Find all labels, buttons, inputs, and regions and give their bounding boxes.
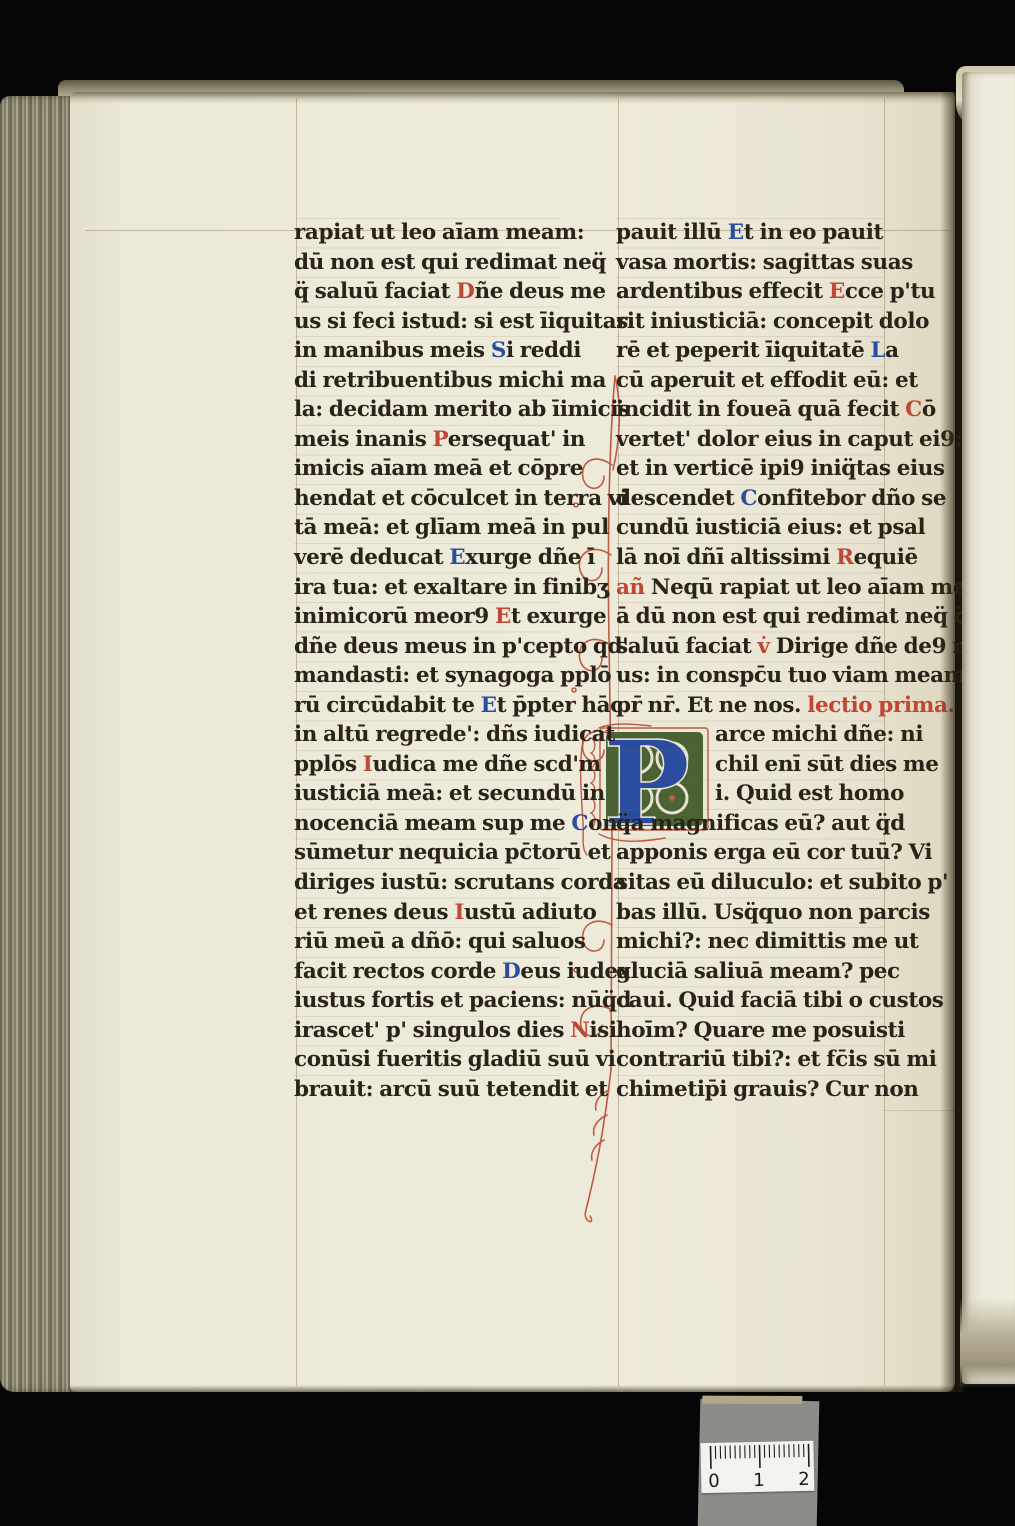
body-text: irascet' p' singulos dies bbox=[294, 1018, 570, 1043]
body-text: rit iniusticiā: concepit dolo bbox=[616, 309, 929, 334]
body-text: cce p'tu bbox=[845, 279, 935, 304]
rubricated-text: N bbox=[570, 1018, 589, 1043]
rubricated-text: P bbox=[433, 427, 448, 452]
rubricated-text: C bbox=[905, 397, 922, 422]
rubricated-text: L bbox=[870, 338, 885, 363]
text-line: chimetip̄i grauis? Cur non bbox=[616, 1075, 883, 1105]
text-line: apponis erga eū cor tuū? Vi bbox=[616, 838, 883, 868]
text-line: in manibus meis Si reddi bbox=[294, 336, 561, 366]
ruler-number-0: 0 bbox=[708, 1471, 720, 1492]
body-text: chimetip̄i grauis? Cur non bbox=[616, 1077, 919, 1102]
text-line: pplōs Iudica me dñe scd'm bbox=[294, 750, 561, 780]
body-text: meis inanis bbox=[294, 427, 433, 452]
body-text: hendat et cōculcet in terra vi bbox=[294, 486, 628, 511]
text-column-left: rapiat ut leo aīam meam:dū non est qui r… bbox=[294, 218, 561, 1104]
text-line: riū meū a dñō: qui saluos bbox=[294, 927, 561, 957]
body-text: la: decidam merito ab īimicis bbox=[294, 397, 630, 422]
text-line: dū non est qui redimat neq̈ bbox=[294, 248, 561, 278]
body-text: t in eo pauit bbox=[744, 220, 883, 245]
rubricated-text: lectio prima. bbox=[807, 693, 954, 718]
body-text: vertet' dolor eius in caput ei9: bbox=[616, 427, 962, 452]
body-text: nocenciā meam sup me bbox=[294, 811, 571, 836]
rubricated-text: S bbox=[491, 338, 506, 363]
body-text: i. Quid est homo bbox=[715, 781, 904, 806]
text-line: dñe deus meus in p'cepto qd' bbox=[294, 632, 561, 662]
text-line: pauit illū Et in eo pauit bbox=[616, 218, 883, 248]
body-text: equiē bbox=[854, 545, 918, 570]
text-line: pr̄ nr̄. Et ne nos. lectio prima. bbox=[616, 691, 883, 721]
body-text: isi bbox=[589, 1018, 616, 1043]
body-text: saluū faciat bbox=[616, 634, 758, 659]
text-line: sūmetur nequicia pc̄torū et bbox=[294, 838, 561, 868]
rubricated-text: D bbox=[456, 279, 474, 304]
text-line: sitas eū diluculo: et subito p' bbox=[616, 868, 883, 898]
body-text: chil enī sūt dies me bbox=[715, 752, 939, 777]
text-line: et renes deus Iustū adiuto bbox=[294, 898, 561, 928]
body-text: sitas eū diluculo: et subito p' bbox=[616, 870, 948, 895]
rubricated-text: C bbox=[740, 486, 757, 511]
rubricated-text: D bbox=[502, 959, 520, 984]
body-text: i reddi bbox=[506, 338, 581, 363]
body-text: ā dū non est qui redimat neq̈ q̈ bbox=[616, 604, 968, 629]
body-text: arce michi dñe: ni bbox=[715, 722, 923, 747]
body-text: ersequat' in bbox=[448, 427, 585, 452]
ruler-number-1: 1 bbox=[753, 1470, 765, 1491]
body-text: dū non est qui redimat neq̈ bbox=[294, 250, 606, 275]
text-line: i. Quid est homo bbox=[616, 779, 883, 809]
body-text: t p̄pter hāc bbox=[497, 693, 623, 718]
body-text: verē deducat bbox=[294, 545, 449, 570]
body-text: q̈a magnificas eū? aut q̈d bbox=[616, 811, 905, 836]
text-line: mandasti: et synagoga pplō bbox=[294, 661, 561, 691]
rubricated-text: añ bbox=[616, 575, 651, 600]
body-text: descendet bbox=[616, 486, 740, 511]
body-text: ardentibus effecit bbox=[616, 279, 829, 304]
text-line: rū circūdabit te Et p̄pter hāc bbox=[294, 691, 561, 721]
facing-page-bottom-edge bbox=[960, 1298, 1015, 1388]
text-line: in altū regrede': dñs iudicat bbox=[294, 720, 561, 750]
text-line: q̈a magnificas eū? aut q̈d bbox=[616, 809, 883, 839]
body-text: a bbox=[885, 338, 899, 363]
body-text: on bbox=[588, 811, 617, 836]
text-line: vasa mortis: sagittas suas bbox=[616, 248, 883, 278]
text-line: arce michi dñe: ni bbox=[616, 720, 883, 750]
body-text: lā noī dñī altissimi bbox=[616, 545, 836, 570]
text-line: contrariū tibi?: et fc̄is sū mi bbox=[616, 1045, 883, 1075]
ruler-label: 0 1 2 bbox=[700, 1441, 814, 1493]
text-line: nocenciā meam sup me Con bbox=[294, 809, 561, 839]
text-line: meis inanis Persequat' in bbox=[294, 425, 561, 455]
text-line: ira tua: et exaltare in finibʒ bbox=[294, 573, 561, 603]
body-text: tā meā: et glīam meā in pul bbox=[294, 515, 609, 540]
text-line: incidit in foueā quā fecit Cō bbox=[616, 395, 883, 425]
text-line: et in verticē ipi9 iniq̈tas eius bbox=[616, 454, 883, 484]
body-text: xurge dñe ī bbox=[465, 545, 595, 570]
text-line: ardentibus effecit Ecce p'tu bbox=[616, 277, 883, 307]
body-text: dñe deus meus in p'cepto qd' bbox=[294, 634, 628, 659]
body-text: conūsi fueritis gladiū suū vi bbox=[294, 1047, 616, 1072]
body-text: apponis erga eū cor tuū? Vi bbox=[616, 840, 932, 865]
body-text: cundū iusticiā eius: et psal bbox=[616, 515, 925, 540]
body-text: pr̄ nr̄. Et ne nos. bbox=[616, 693, 807, 718]
body-text: onfitebor dño se bbox=[757, 486, 946, 511]
body-text: t exurge bbox=[511, 604, 606, 629]
text-line: cū aperuit et effodit eū: et bbox=[616, 366, 883, 396]
body-text: ō bbox=[922, 397, 936, 422]
body-text: sūmetur nequicia pc̄torū et bbox=[294, 840, 610, 865]
text-line: iusticiā meā: et secundū in bbox=[294, 779, 561, 809]
body-text: in altū regrede': dñs iudicat bbox=[294, 722, 615, 747]
body-text: rū circūdabit te bbox=[294, 693, 481, 718]
body-text: imicis aīam meā et cōpre bbox=[294, 456, 583, 481]
text-line: lā noī dñī altissimi Requiē bbox=[616, 543, 883, 573]
rubricated-text: E bbox=[829, 279, 845, 304]
body-text: cū aperuit et effodit eū: et bbox=[616, 368, 918, 393]
text-line: facit rectos corde Deus iudex bbox=[294, 957, 561, 987]
body-text: incidit in foueā quā fecit bbox=[616, 397, 905, 422]
body-text: ira tua: et exaltare in finibʒ bbox=[294, 575, 609, 600]
text-line: ā dū non est qui redimat neq̈ q̈ bbox=[616, 602, 883, 632]
text-line: michi?: nec dimittis me ut bbox=[616, 927, 883, 957]
text-line: hoīm? Quare me posuisti bbox=[616, 1016, 883, 1046]
body-text: ustū adiuto bbox=[464, 900, 596, 925]
text-line: chil enī sūt dies me bbox=[616, 750, 883, 780]
body-text: bas illū. Usq̈quo non parcis bbox=[616, 900, 930, 925]
body-text: inimicorū meor9 bbox=[294, 604, 495, 629]
body-text: rē et peperit īiquitatē bbox=[616, 338, 870, 363]
body-text: vasa mortis: sagittas suas bbox=[616, 250, 913, 275]
text-line: us si feci istud: si est īiquitas bbox=[294, 307, 561, 337]
body-text: iusticiā meā: et secundū in bbox=[294, 781, 605, 806]
text-line: us: in conspc̄u tuo viam meam bbox=[616, 661, 883, 691]
text-line: imicis aīam meā et cōpre bbox=[294, 454, 561, 484]
body-text: ñe deus me bbox=[475, 279, 606, 304]
text-line: rapiat ut leo aīam meam: bbox=[294, 218, 561, 248]
rubricated-text: I bbox=[363, 752, 373, 777]
body-text: facit rectos corde bbox=[294, 959, 502, 984]
rubricated-text: I bbox=[454, 900, 464, 925]
text-line: gluciā saliuā meam? pec bbox=[616, 957, 883, 987]
body-text: q̈ saluū faciat bbox=[294, 279, 456, 304]
facing-page bbox=[962, 72, 1015, 1384]
body-text: riū meū a dñō: qui saluos bbox=[294, 929, 586, 954]
text-line: brauit: arcū suū tetendit et bbox=[294, 1075, 561, 1105]
body-text: udica me dñe scd'm bbox=[372, 752, 600, 777]
text-line: inimicorū meor9 Et exurge bbox=[294, 602, 561, 632]
rubricated-text: E bbox=[449, 545, 465, 570]
body-text: pplōs bbox=[294, 752, 363, 777]
text-line: hendat et cōculcet in terra vi bbox=[294, 484, 561, 514]
rubricated-text: R bbox=[836, 545, 853, 570]
body-text: hoīm? Quare me posuisti bbox=[616, 1018, 905, 1043]
text-line: q̈ saluū faciat Dñe deus me bbox=[294, 277, 561, 307]
body-text: diriges iustū: scrutans corda bbox=[294, 870, 626, 895]
text-line: rit iniusticiā: concepit dolo bbox=[616, 307, 883, 337]
body-text: gluciā saliuā meam? pec bbox=[616, 959, 900, 984]
body-text: et renes deus bbox=[294, 900, 454, 925]
text-line: di retribuentibus michi ma bbox=[294, 366, 561, 396]
text-line: rē et peperit īiquitatē La bbox=[616, 336, 883, 366]
text-line: irascet' p' singulos dies Nisi bbox=[294, 1016, 561, 1046]
ruler: 0 1 2 bbox=[698, 1399, 820, 1526]
body-text: us: in conspc̄u tuo viam meam bbox=[616, 663, 966, 688]
text-line: bas illū. Usq̈quo non parcis bbox=[616, 898, 883, 928]
text-line: la: decidam merito ab īimicis bbox=[294, 395, 561, 425]
body-text: contrariū tibi?: et fc̄is sū mi bbox=[616, 1047, 937, 1072]
rubricated-text: E bbox=[495, 604, 511, 629]
body-text: eus iudex bbox=[520, 959, 630, 984]
rubricated-text: E bbox=[728, 220, 744, 245]
text-line: verē deducat Exurge dñe ī bbox=[294, 543, 561, 573]
text-line: caui. Quid faciā tibi o custos bbox=[616, 986, 883, 1016]
text-line: descendet Confitebor dño se bbox=[616, 484, 883, 514]
text-line: diriges iustū: scrutans corda bbox=[294, 868, 561, 898]
manuscript-photograph: P rapiat ut leo aīam meam:dū non est qui… bbox=[0, 0, 1015, 1526]
body-text: brauit: arcū suū tetendit et bbox=[294, 1077, 608, 1102]
text-line: iustus fortis et paciens: nūq̈d bbox=[294, 986, 561, 1016]
page-edges-left bbox=[0, 96, 78, 1392]
rubricated-text: C bbox=[571, 811, 588, 836]
body-text: pauit illū bbox=[616, 220, 728, 245]
body-text: Neqū rapiat ut leo aīam me bbox=[651, 575, 966, 600]
text-line: tā meā: et glīam meā in pul bbox=[294, 513, 561, 543]
manuscript-page: P rapiat ut leo aīam meam:dū non est qui… bbox=[70, 92, 955, 1392]
text-line: añ Neqū rapiat ut leo aīam me bbox=[616, 573, 883, 603]
body-text: in manibus meis bbox=[294, 338, 491, 363]
body-text: et in verticē ipi9 iniq̈tas eius bbox=[616, 456, 945, 481]
body-text: michi?: nec dimittis me ut bbox=[616, 929, 919, 954]
body-text: caui. Quid faciā tibi o custos bbox=[616, 988, 944, 1013]
text-column-right: pauit illū Et in eo pauitvasa mortis: sa… bbox=[616, 218, 883, 1104]
body-text: us si feci istud: si est īiquitas bbox=[294, 309, 628, 334]
rubricated-text: E bbox=[481, 693, 497, 718]
ruler-number-2: 2 bbox=[798, 1469, 810, 1490]
text-line: conūsi fueritis gladiū suū vi bbox=[294, 1045, 561, 1075]
body-text: di retribuentibus michi ma bbox=[294, 368, 606, 393]
rubricated-text: v̇ bbox=[758, 634, 776, 659]
body-text: rapiat ut leo aīam meam: bbox=[294, 220, 584, 245]
body-text: mandasti: et synagoga pplō bbox=[294, 663, 611, 688]
text-line: vertet' dolor eius in caput ei9: bbox=[616, 425, 883, 455]
text-line: saluū faciat v̇ Dirige dñe de9 me bbox=[616, 632, 883, 662]
body-text: iustus fortis et paciens: nūq̈d bbox=[294, 988, 631, 1013]
text-line: cundū iusticiā eius: et psal bbox=[616, 513, 883, 543]
